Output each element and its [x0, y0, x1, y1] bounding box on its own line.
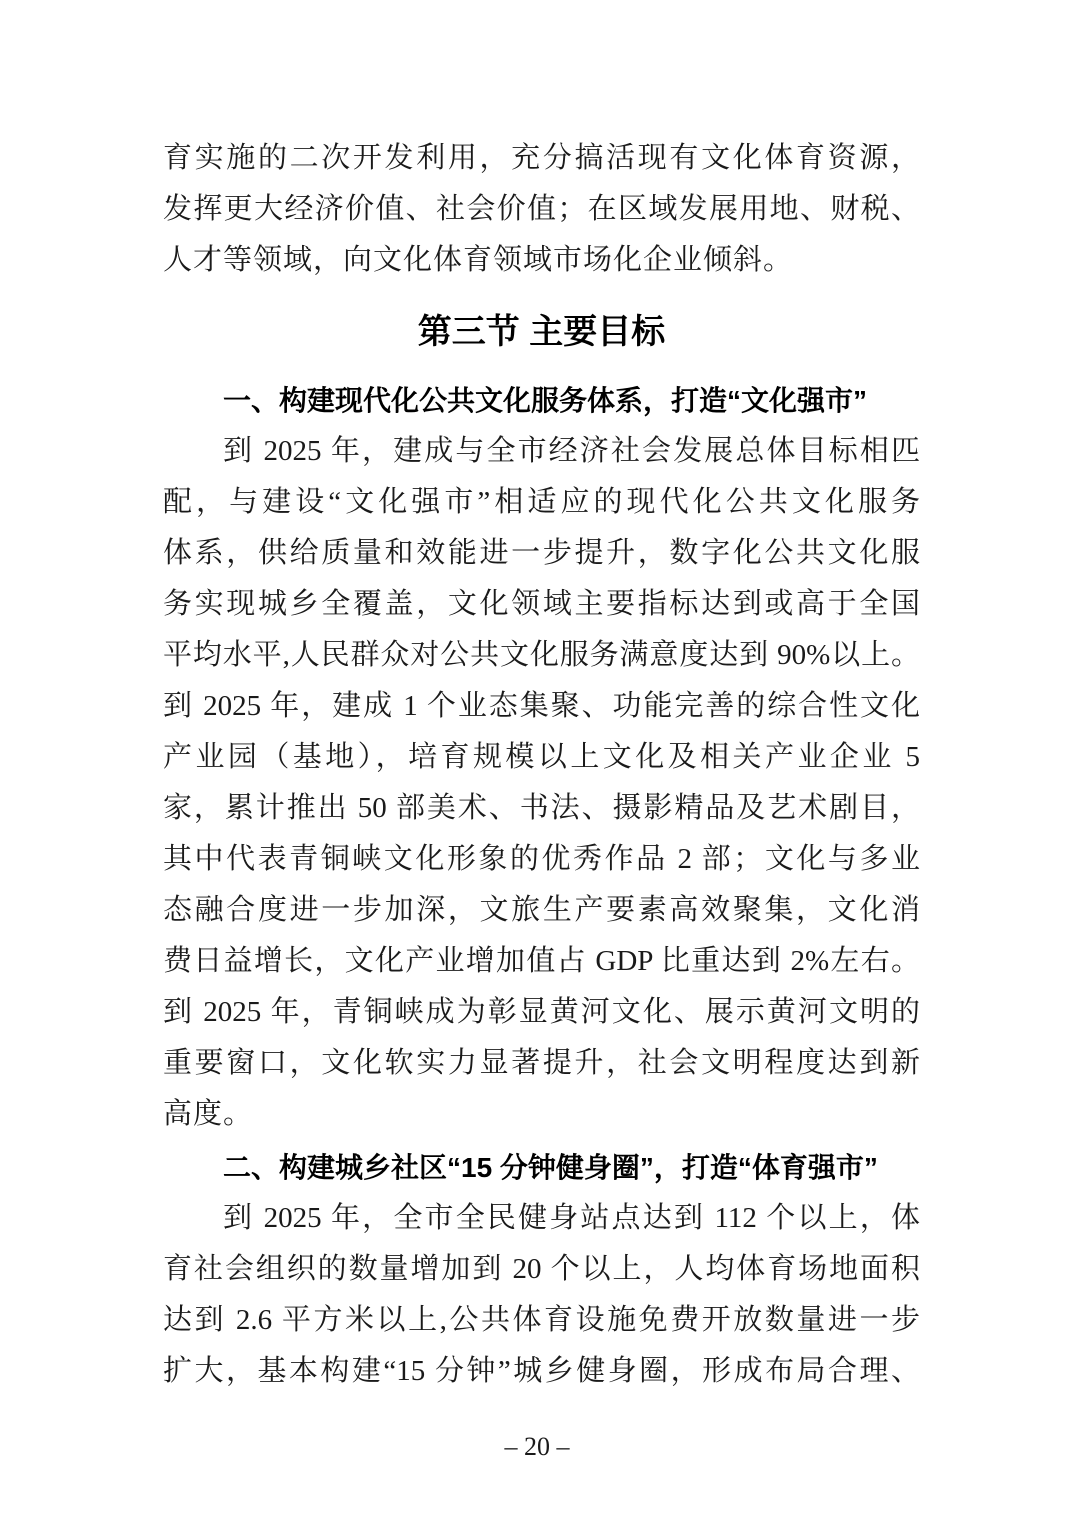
body-text-line: 到 2025 年，建成 1 个业态集聚、功能完善的综合性文化 — [163, 681, 920, 732]
subsection-1-heading: 一、构建现代化公共文化服务体系，打造“文化强市” — [163, 375, 920, 426]
section-heading: 第三节 主要目标 — [163, 307, 920, 358]
body-text-line: 发挥更大经济价值、社会价值；在区域发展用地、财税、 — [163, 184, 920, 235]
body-text-line: 到 2025 年，全市全民健身站点达到 112 个以上，体 — [163, 1193, 920, 1244]
document-page: 育实施的二次开发利用，充分搞活现有文化体育资源， 发挥更大经济价值、社会价值；在… — [0, 0, 1074, 1520]
body-text-line: 家，累计推出 50 部美术、书法、摄影精品及艺术剧目， — [163, 783, 920, 834]
body-text-line: 到 2025 年，青铜峡成为彰显黄河文化、展示黄河文明的 — [163, 987, 920, 1038]
body-text-line: 重要窗口，文化软实力显著提升，社会文明程度达到新 — [163, 1038, 920, 1089]
body-text-line: 到 2025 年，建成与全市经济社会发展总体目标相匹 — [163, 426, 920, 477]
page-number: – 20 – — [0, 1429, 1074, 1465]
body-text-line: 人才等领域，向文化体育领域市场化企业倾斜。 — [163, 235, 920, 286]
subsection-1-paragraph: 到 2025 年，建成与全市经济社会发展总体目标相匹 配，与建设“文化强市”相适… — [163, 426, 920, 1140]
continuation-paragraph: 育实施的二次开发利用，充分搞活现有文化体育资源， 发挥更大经济价值、社会价值；在… — [163, 133, 920, 286]
body-text-line: 费日益增长，文化产业增加值占 GDP 比重达到 2%左右。 — [163, 936, 920, 987]
subsection-2-paragraph: 到 2025 年，全市全民健身站点达到 112 个以上，体 育社会组织的数量增加… — [163, 1193, 920, 1397]
body-text-line: 平均水平,人民群众对公共文化服务满意度达到 90%以上。 — [163, 630, 920, 681]
body-text-line: 高度。 — [163, 1089, 920, 1140]
body-text-line: 态融合度进一步加深，文旅生产要素高效聚集，文化消 — [163, 885, 920, 936]
body-text-line: 体系，供给质量和效能进一步提升，数字化公共文化服 — [163, 528, 920, 579]
body-text-line: 育实施的二次开发利用，充分搞活现有文化体育资源， — [163, 133, 920, 184]
subsection-2-heading: 二、构建城乡社区“15 分钟健身圈”，打造“体育强市” — [163, 1142, 920, 1193]
body-text-line: 育社会组织的数量增加到 20 个以上，人均体育场地面积 — [163, 1244, 920, 1295]
body-text-line: 其中代表青铜峡文化形象的优秀作品 2 部；文化与多业 — [163, 834, 920, 885]
body-text-line: 产业园（基地），培育规模以上文化及相关产业企业 5 — [163, 732, 920, 783]
body-text-line: 达到 2.6 平方米以上,公共体育设施免费开放数量进一步 — [163, 1295, 920, 1346]
body-text-line: 务实现城乡全覆盖，文化领域主要指标达到或高于全国 — [163, 579, 920, 630]
body-text-line: 配，与建设“文化强市”相适应的现代化公共文化服务 — [163, 477, 920, 528]
body-text-line: 扩大，基本构建“15 分钟”城乡健身圈，形成布局合理、 — [163, 1346, 920, 1397]
